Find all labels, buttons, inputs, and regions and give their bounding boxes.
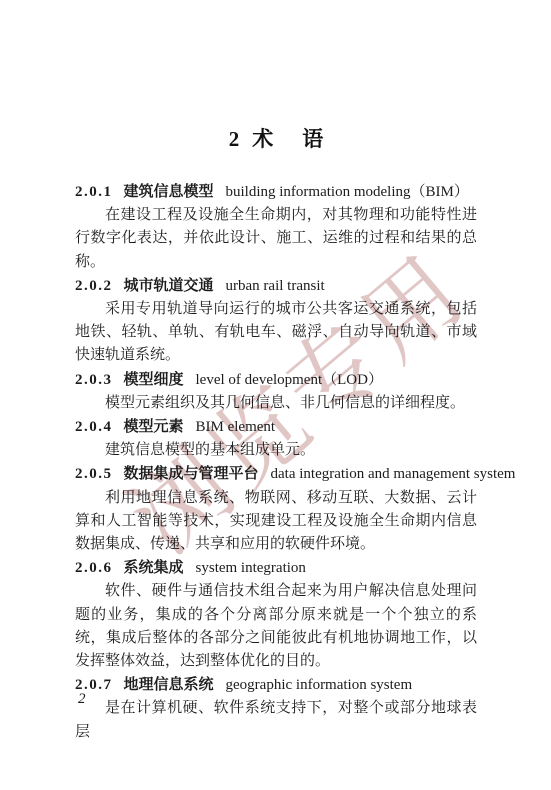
term-heading: 2.0.3模型细度level of development（LOD） <box>75 368 477 392</box>
term-2-0-4: 2.0.4模型元素BIM element 建筑信息模型的基本组成单元。 <box>75 415 477 462</box>
term-name-en: building information modeling（BIM） <box>226 184 469 200</box>
term-name-zh: 建筑信息模型 <box>124 183 214 200</box>
term-heading: 2.0.7地理信息系统geographic information system <box>75 673 477 697</box>
chapter-title: 2术语 <box>75 126 477 153</box>
term-name-zh: 模型细度 <box>124 371 184 388</box>
term-definition: 软件、硬件与通信技术组合起来为用户解决信息处理问题的业务，集成的各个分离部分原来… <box>75 580 477 673</box>
term-definition: 利用地理信息系统、物联网、移动互联、大数据、云计算和人工智能等技术，实现建设工程… <box>75 487 477 557</box>
term-name-zh: 模型元素 <box>124 418 184 435</box>
term-number: 2.0.3 <box>75 372 113 388</box>
term-heading: 2.0.6系统集成system integration <box>75 556 477 580</box>
term-heading: 2.0.4模型元素BIM element <box>75 415 477 439</box>
term-number: 2.0.1 <box>75 184 113 200</box>
term-number: 2.0.5 <box>75 466 113 482</box>
term-name-zh: 城市轨道交通 <box>124 277 214 294</box>
chapter-title-char-1: 术 <box>252 128 273 151</box>
term-2-0-5: 2.0.5数据集成与管理平台data integration and manag… <box>75 462 477 556</box>
page-content: 2术语 2.0.1建筑信息模型building information mode… <box>75 126 477 744</box>
term-name-zh: 系统集成 <box>124 559 184 576</box>
term-name-en: BIM element <box>196 419 276 435</box>
term-name-en: system integration <box>196 560 306 576</box>
chapter-title-char-2: 语 <box>302 128 323 151</box>
term-definition: 在建设工程及设施全生命期内，对其物理和功能特性进行数字化表达，并依此设计、施工、… <box>75 204 477 274</box>
chapter-number: 2 <box>229 127 240 151</box>
term-heading: 2.0.2城市轨道交通urban rail transit <box>75 274 477 298</box>
term-definition: 建筑信息模型的基本组成单元。 <box>75 439 477 462</box>
term-number: 2.0.2 <box>75 278 113 294</box>
term-definition: 模型元素组织及其几何信息、非几何信息的详细程度。 <box>75 392 477 415</box>
term-number: 2.0.4 <box>75 419 113 435</box>
term-name-en: geographic information system <box>226 677 413 693</box>
term-number: 2.0.6 <box>75 560 113 576</box>
term-name-en: urban rail transit <box>226 278 325 294</box>
term-2-0-3: 2.0.3模型细度level of development（LOD） 模型元素组… <box>75 368 477 415</box>
term-name-en: data integration and management system <box>271 466 516 482</box>
term-name-zh: 数据集成与管理平台 <box>124 465 259 482</box>
term-definition: 是在计算机硬、软件系统支持下，对整个或部分地球表层 <box>75 697 477 743</box>
term-2-0-1: 2.0.1建筑信息模型building information modeling… <box>75 180 477 274</box>
document-page: 浏览专用 2术语 2.0.1建筑信息模型building information… <box>0 0 551 790</box>
term-heading: 2.0.1建筑信息模型building information modeling… <box>75 180 477 204</box>
term-heading: 2.0.5数据集成与管理平台data integration and manag… <box>75 462 477 486</box>
term-definition: 采用专用轨道导向运行的城市公共客运交通系统，包括地铁、轻轨、单轨、有轨电车、磁浮… <box>75 298 477 368</box>
term-name-en: level of development（LOD） <box>196 372 383 388</box>
term-2-0-7: 2.0.7地理信息系统geographic information system… <box>75 673 477 744</box>
page-number: 2 <box>78 691 86 708</box>
term-2-0-2: 2.0.2城市轨道交通urban rail transit 采用专用轨道导向运行… <box>75 274 477 368</box>
term-2-0-6: 2.0.6系统集成system integration 软件、硬件与通信技术组合… <box>75 556 477 673</box>
term-name-zh: 地理信息系统 <box>124 676 214 693</box>
